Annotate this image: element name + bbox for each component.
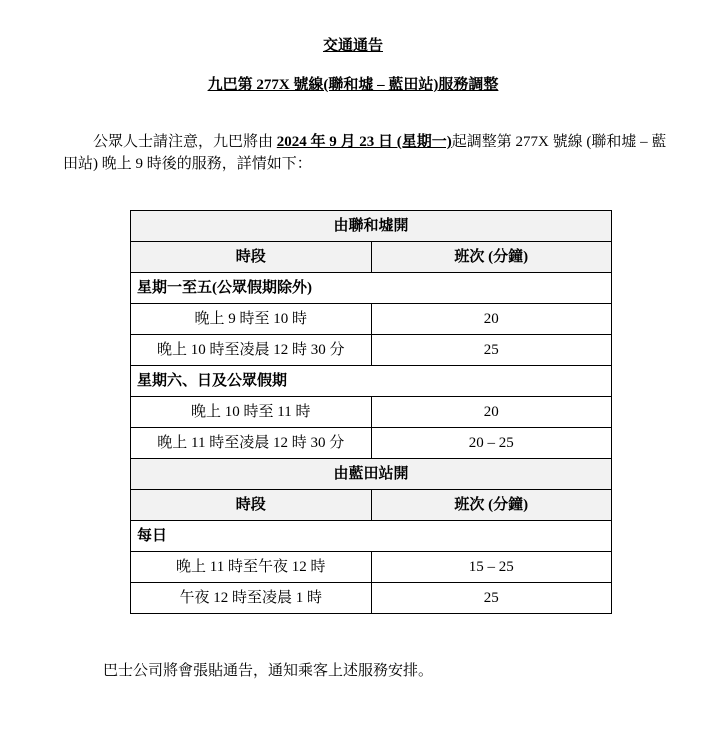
intro-text-before-date: 公眾人士請注意，九巴將由: [93, 134, 277, 150]
timetable: 由聯和墟開 時段 班次 (分鐘) 星期一至五(公眾假期除外) 晚上 9 時至 1…: [130, 210, 612, 614]
section-heading-row: 由聯和墟開: [131, 211, 612, 242]
frequency-cell: 25: [371, 583, 612, 614]
column-header-row: 時段 班次 (分鐘): [131, 242, 612, 273]
frequency-cell: 25: [371, 335, 612, 366]
effective-date: 2024 年 9 月 23 日 (星期一): [277, 134, 452, 150]
period-cell: 晚上 10 時至凌晨 12 時 30 分: [131, 335, 372, 366]
column-header-period: 時段: [131, 242, 372, 273]
table-row: 晚上 10 時至凌晨 12 時 30 分 25: [131, 335, 612, 366]
table-row: 晚上 9 時至 10 時 20: [131, 304, 612, 335]
section-heading-lam-tin: 由藍田站開: [131, 459, 612, 490]
group-label-daily: 每日: [131, 521, 612, 552]
period-cell: 晚上 11 時至午夜 12 時: [131, 552, 372, 583]
section-heading-fanling: 由聯和墟開: [131, 211, 612, 242]
notice-subtitle: 九巴第 277X 號線(聯和墟 – 藍田站)服務調整: [0, 75, 706, 95]
group-label-weekdays: 星期一至五(公眾假期除外): [131, 273, 612, 304]
group-row: 星期六、日及公眾假期: [131, 366, 612, 397]
period-cell: 晚上 10 時至 11 時: [131, 397, 372, 428]
group-row: 星期一至五(公眾假期除外): [131, 273, 612, 304]
intro-paragraph: 公眾人士請注意，九巴將由 2024 年 9 月 23 日 (星期一)起調整第 2…: [63, 131, 673, 175]
period-cell: 午夜 12 時至凌晨 1 時: [131, 583, 372, 614]
frequency-cell: 20: [371, 304, 612, 335]
table-row: 晚上 11 時至凌晨 12 時 30 分 20 – 25: [131, 428, 612, 459]
notice-page: 交通通告 九巴第 277X 號線(聯和墟 – 藍田站)服務調整 公眾人士請注意，…: [0, 0, 706, 752]
group-label-weekends: 星期六、日及公眾假期: [131, 366, 612, 397]
table-row: 午夜 12 時至凌晨 1 時 25: [131, 583, 612, 614]
table-row: 晚上 11 時至午夜 12 時 15 – 25: [131, 552, 612, 583]
period-cell: 晚上 11 時至凌晨 12 時 30 分: [131, 428, 372, 459]
frequency-cell: 20 – 25: [371, 428, 612, 459]
column-header-frequency: 班次 (分鐘): [371, 490, 612, 521]
frequency-cell: 15 – 25: [371, 552, 612, 583]
frequency-cell: 20: [371, 397, 612, 428]
period-cell: 晚上 9 時至 10 時: [131, 304, 372, 335]
footer-note: 巴士公司將會張貼通告，通知乘客上述服務安排。: [103, 660, 433, 682]
column-header-period: 時段: [131, 490, 372, 521]
column-header-frequency: 班次 (分鐘): [371, 242, 612, 273]
column-header-row: 時段 班次 (分鐘): [131, 490, 612, 521]
group-row: 每日: [131, 521, 612, 552]
notice-title: 交通通告: [0, 36, 706, 56]
table-row: 晚上 10 時至 11 時 20: [131, 397, 612, 428]
section-heading-row: 由藍田站開: [131, 459, 612, 490]
